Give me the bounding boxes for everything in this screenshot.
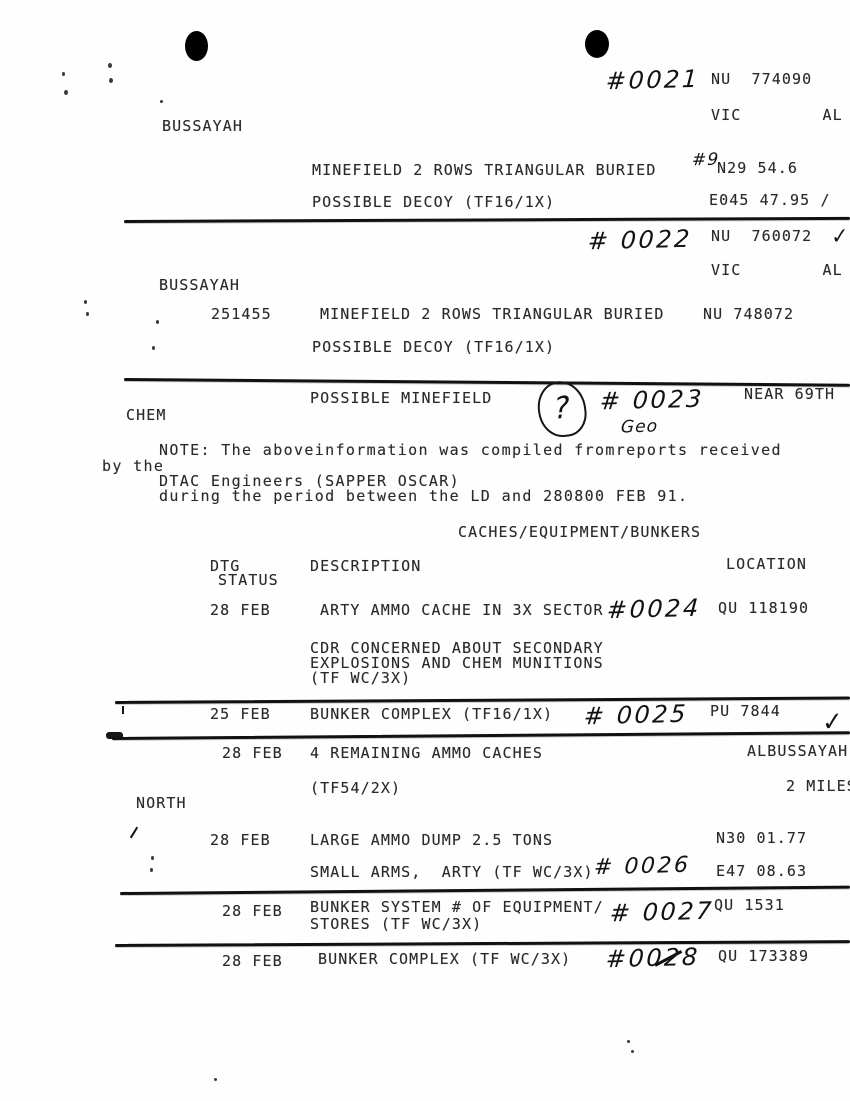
record-0023-place: CHEM xyxy=(126,406,167,424)
row-0025-description: BUNKER COMPLEX (TF16/1X) xyxy=(310,705,553,723)
handwritten-annotation-geo: Geo xyxy=(620,417,658,438)
record-0022-description-line1: MINEFIELD 2 ROWS TRIANGULAR BURIED xyxy=(320,305,664,323)
record-0021-description-line1: MINEFIELD 2 ROWS TRIANGULAR BURIED xyxy=(312,161,656,179)
handwritten-annotation-0021: #0021 xyxy=(605,65,701,95)
row-0028-description: BUNKER COMPLEX (TF WC/3X) xyxy=(318,950,571,968)
scan-speck xyxy=(627,1040,630,1043)
handwritten-annotation-0025: # 0025 xyxy=(583,700,689,731)
record-0021-coordinate-east: E045 47.95 / xyxy=(709,191,831,209)
column-header-location: LOCATION xyxy=(726,555,807,573)
table-title: CACHES/EQUIPMENT/BUNKERS xyxy=(458,523,701,541)
row-0027-dtg: 28 FEB xyxy=(222,902,283,920)
handwritten-annotation-0022: # 0022 xyxy=(587,225,693,256)
scan-speck xyxy=(84,300,87,304)
section-divider xyxy=(112,731,850,740)
hole-punch-right xyxy=(585,30,609,58)
scan-mark xyxy=(130,826,139,838)
scanned-document-page: #0021 NU 774090 VIC AL BUSSAYAH MINEFIEL… xyxy=(0,0,850,1101)
row-0027-description-line2: STORES (TF WC/3X) xyxy=(310,915,482,933)
record-0022-dtg: 251455 xyxy=(211,305,272,323)
scan-speck xyxy=(160,100,163,103)
row-0026-description-line2: SMALL ARMS, ARTY (TF WC/3X) xyxy=(310,863,594,881)
row-ammo-description: 4 REMAINING AMMO CACHES xyxy=(310,744,543,762)
column-header-status: STATUS xyxy=(218,571,279,589)
record-0021-coordinate-north: N29 54.6 xyxy=(717,159,798,177)
handwritten-annotation-9: #9 xyxy=(691,150,719,171)
hole-punch-left xyxy=(185,31,208,61)
row-0026-location-line2: E47 08.63 xyxy=(716,862,807,880)
question-mark: ? xyxy=(553,393,570,425)
scan-speck xyxy=(150,868,153,872)
row-ammo-location-line3: NORTH xyxy=(136,794,187,812)
note-line-2: by the xyxy=(102,457,164,475)
scan-speck xyxy=(156,320,159,324)
section-divider xyxy=(124,378,850,387)
row-0026-dtg: 28 FEB xyxy=(210,831,271,849)
row-ammo-location-line2: 2 MILES xyxy=(786,777,850,795)
handwritten-annotation-0023: # 0023 xyxy=(599,385,705,416)
row-0027-location: QU 1531 xyxy=(714,896,785,914)
record-0022-description-line2: POSSIBLE DECOY (TF16/1X) xyxy=(312,338,555,356)
record-0023-location: NEAR 69TH xyxy=(744,385,835,403)
row-0025-dtg: 25 FEB xyxy=(210,705,271,723)
section-divider xyxy=(124,217,850,223)
row-0026-location: N30 01.77 xyxy=(716,829,807,847)
checkmark: ✓ xyxy=(831,223,849,250)
note-line-1: NOTE: The aboveinformation was compiled … xyxy=(159,441,782,459)
circled-question-mark: ? xyxy=(535,378,589,439)
scan-speck xyxy=(214,1078,217,1081)
row-0024-location: QU 118190 xyxy=(718,599,809,617)
row-ammo-description-line2: (TF54/2X) xyxy=(310,779,401,797)
row-0027-description: BUNKER SYSTEM # OF EQUIPMENT/ xyxy=(310,898,604,916)
handwritten-annotation-0028: #0028 xyxy=(605,943,701,973)
row-ammo-location: ALBUSSAYAH xyxy=(747,742,848,760)
note-line-4: during the period between the LD and 280… xyxy=(159,487,688,505)
handwritten-annotation-0024: #0024 xyxy=(606,594,702,624)
scan-speck xyxy=(151,856,154,860)
handwritten-annotation-0027: # 0027 xyxy=(609,897,715,928)
scan-speck xyxy=(108,63,112,68)
record-0021-vicinity: VIC AL xyxy=(711,106,843,124)
column-header-description: DESCRIPTION xyxy=(310,557,421,575)
row-ammo-dtg: 28 FEB xyxy=(222,744,283,762)
row-0026-description: LARGE AMMO DUMP 2.5 TONS xyxy=(310,831,553,849)
scan-speck xyxy=(64,90,68,95)
handwritten-annotation-0026: # 0026 xyxy=(593,853,691,881)
record-0021-grid-ref: NU 774090 xyxy=(711,70,812,88)
row-0025-location: PU 7844 xyxy=(710,702,781,720)
scan-mark xyxy=(122,706,124,714)
record-0021-description-line2: POSSIBLE DECOY (TF16/1X) xyxy=(312,193,555,211)
record-0022-grid-ref: NU 760072 xyxy=(711,227,812,245)
section-divider xyxy=(115,940,850,946)
row-0028-location: QU 173389 xyxy=(718,947,809,965)
row-0028-dtg: 28 FEB xyxy=(222,952,283,970)
scan-speck xyxy=(86,312,89,316)
row-0024-note-line3: (TF WC/3X) xyxy=(310,669,411,687)
record-0023-description: POSSIBLE MINEFIELD xyxy=(310,389,492,407)
scan-speck xyxy=(152,346,155,350)
row-0024-dtg: 28 FEB xyxy=(210,601,271,619)
scan-speck xyxy=(109,78,113,83)
scan-speck xyxy=(62,72,65,76)
record-0021-place: BUSSAYAH xyxy=(162,117,243,135)
record-0022-place: BUSSAYAH xyxy=(159,276,240,294)
record-0022-vicinity: VIC AL xyxy=(711,261,843,279)
row-0024-description: ARTY AMMO CACHE IN 3X SECTOR xyxy=(320,601,604,619)
section-divider xyxy=(120,886,850,895)
record-0022-grid-ref-2: NU 748072 xyxy=(703,305,794,323)
scan-speck xyxy=(631,1050,634,1053)
